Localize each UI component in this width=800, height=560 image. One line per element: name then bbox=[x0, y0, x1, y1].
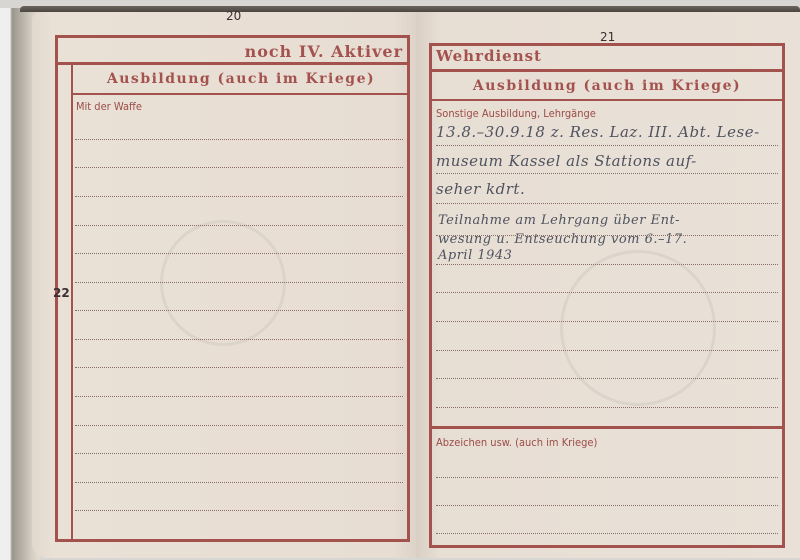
entry-line bbox=[436, 203, 778, 204]
right-page-number: 21 bbox=[600, 30, 615, 44]
handwritten-entry: 13.8.–30.9.18 z. Res. Laz. III. Abt. Les… bbox=[436, 123, 760, 141]
entry-line bbox=[436, 505, 778, 506]
left-row-column-divider bbox=[71, 63, 73, 540]
left-page-header: noch IV. Aktiver bbox=[245, 42, 403, 61]
entry-line bbox=[75, 453, 403, 454]
entry-line bbox=[75, 482, 403, 483]
entry-line bbox=[75, 167, 403, 168]
entry-line bbox=[75, 253, 403, 254]
handwritten-entry: April 1943 bbox=[438, 248, 512, 263]
left-header-divider bbox=[55, 62, 410, 65]
entry-line bbox=[436, 477, 778, 478]
right-page-header: Wehrdienst bbox=[436, 47, 542, 65]
entry-line bbox=[436, 145, 778, 146]
badges-section-label: Abzeichen usw. (auch im Kriege) bbox=[436, 436, 597, 449]
row-number: 22 bbox=[53, 286, 70, 300]
entry-line bbox=[75, 339, 403, 340]
left-subheader-divider bbox=[72, 93, 410, 95]
handwritten-entry: Teilnahme am Lehrgang über Ent- bbox=[438, 213, 680, 228]
entry-line bbox=[75, 396, 403, 397]
entry-line bbox=[436, 533, 778, 534]
right-section-label: Sonstige Ausbildung, Lehrgänge bbox=[436, 107, 596, 120]
left-subheader: Ausbildung (auch im Kriege) bbox=[72, 71, 410, 87]
entry-line bbox=[75, 196, 403, 197]
entry-line bbox=[436, 350, 778, 351]
handwritten-entry: museum Kassel als Stations auf- bbox=[436, 152, 697, 170]
entry-line bbox=[436, 292, 778, 293]
entry-line bbox=[436, 235, 778, 236]
entry-line bbox=[436, 264, 778, 265]
entry-line bbox=[75, 367, 403, 368]
entry-line bbox=[75, 310, 403, 311]
entry-line bbox=[75, 225, 403, 226]
handwritten-entry: seher kdrt. bbox=[436, 180, 525, 198]
right-section-divider bbox=[429, 426, 785, 429]
right-subheader: Ausbildung (auch im Kriege) bbox=[429, 78, 785, 94]
entry-line bbox=[436, 321, 778, 322]
entry-line bbox=[75, 282, 403, 283]
left-page-number: 20 bbox=[226, 9, 241, 23]
right-subheader-divider bbox=[429, 99, 785, 101]
left-section-label: Mit der Waffe bbox=[76, 100, 142, 113]
entry-line bbox=[75, 139, 403, 140]
entry-line bbox=[436, 407, 778, 408]
entry-line bbox=[75, 425, 403, 426]
entry-line bbox=[436, 378, 778, 379]
entry-line bbox=[75, 510, 403, 511]
entry-line bbox=[436, 173, 778, 174]
right-header-divider bbox=[429, 69, 785, 72]
